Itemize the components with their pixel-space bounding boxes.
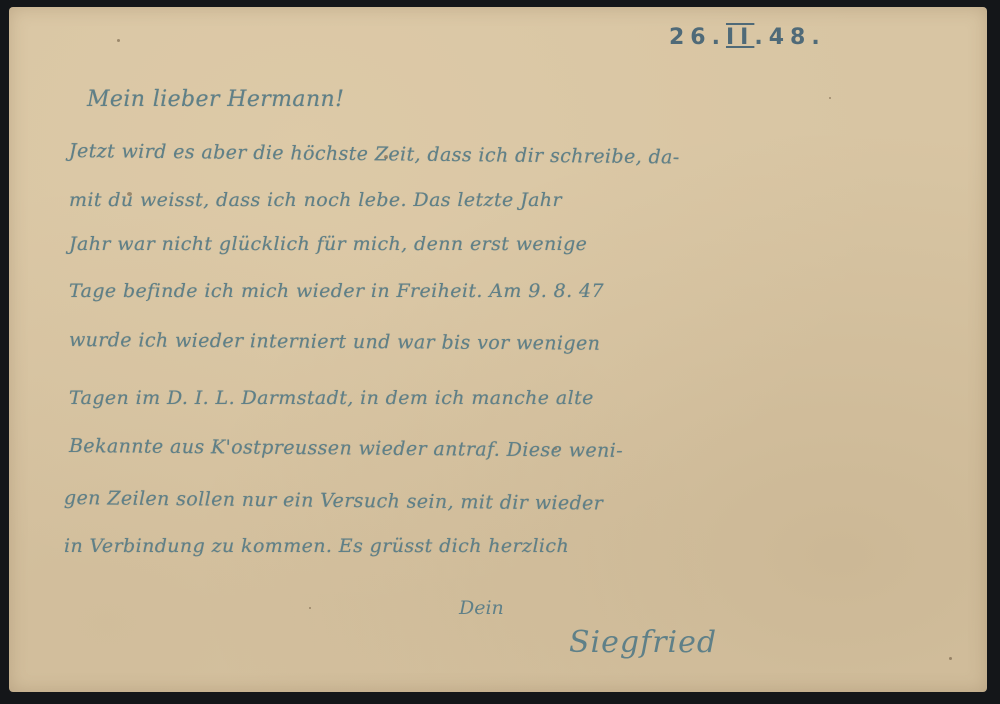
letter-line-1: Jetzt wird es aber die höchste Zeit, das… — [69, 140, 680, 168]
letter-line-9: in Verbindung zu kommen. Es grüsst dich … — [64, 535, 569, 557]
postcard-paper: 26.II.48. Mein lieber Hermann! Jetzt wir… — [9, 7, 987, 692]
paper-speck — [309, 607, 311, 609]
closing: Dein — [459, 597, 504, 619]
signature: Siegfried — [569, 625, 717, 660]
letter-line-3: Jahr war nicht glücklich für mich, denn … — [69, 233, 587, 255]
date-year: 48 — [769, 25, 812, 50]
letter-date: 26.II.48. — [669, 25, 826, 50]
date-day: 26 — [669, 25, 712, 50]
paper-speck — [117, 39, 120, 42]
paper-speck — [829, 97, 831, 99]
letter-line-7: Bekannte aus K'ostpreussen wieder antraf… — [69, 435, 623, 462]
postcard-scan: 26.II.48. Mein lieber Hermann! Jetzt wir… — [0, 0, 1000, 704]
paper-speck — [949, 657, 952, 660]
letter-line-4: Tage befinde ich mich wieder in Freiheit… — [69, 280, 604, 302]
salutation: Mein lieber Hermann! — [87, 87, 344, 112]
letter-line-5: wurde ich wieder interniert und war bis … — [69, 329, 600, 355]
date-month: II — [726, 25, 754, 50]
letter-line-6: Tagen im D. I. L. Darmstadt, in dem ich … — [69, 387, 594, 409]
letter-line-8: gen Zeilen sollen nur ein Versuch sein, … — [64, 487, 603, 515]
letter-line-2: mit du weisst, dass ich noch lebe. Das l… — [69, 189, 562, 211]
